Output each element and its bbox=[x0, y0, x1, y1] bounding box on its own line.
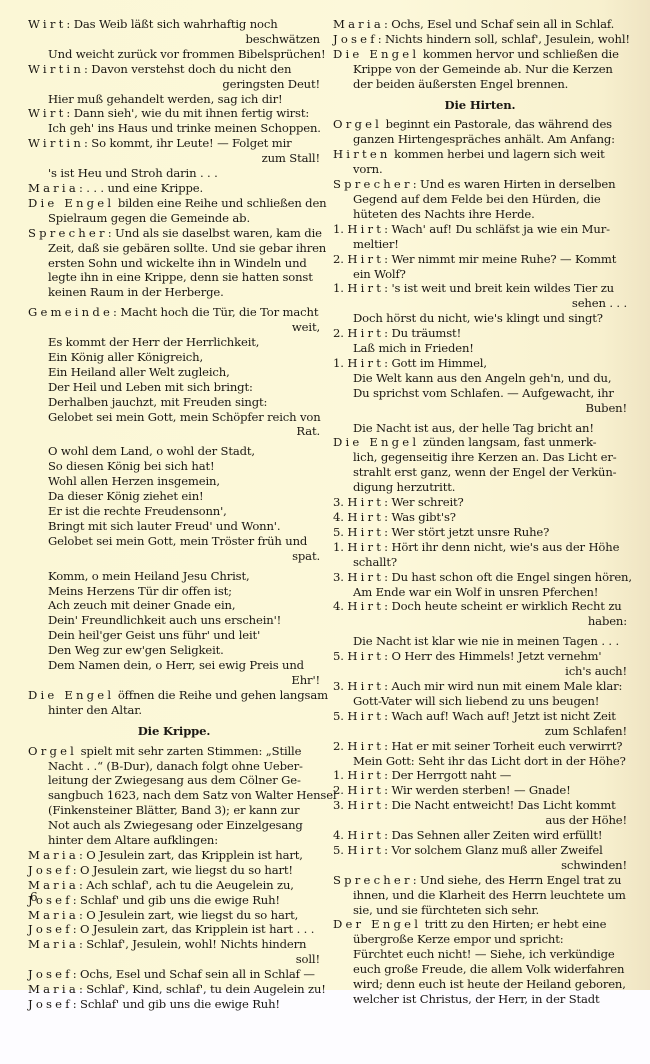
stage-direction: Hirten kommen herbei und lagern sich wei… bbox=[333, 147, 627, 162]
dialogue-line: 3. Hirt: Du hast schon oft die Engel sin… bbox=[333, 570, 627, 585]
line-text: Ach schlaf', ach tu die Aeugelein zu, bbox=[86, 878, 294, 892]
line-text: tritt zu den Hirten; er hebt eine bbox=[425, 917, 607, 931]
speaker-name: Maria bbox=[28, 181, 79, 195]
indented-line: hinter den Altar. bbox=[28, 703, 320, 718]
speaker-name: Hirt bbox=[347, 679, 384, 693]
dialogue-line: 1. Hirt: Wach' auf! Du schläfst ja wie e… bbox=[333, 222, 627, 237]
line-continuation: zum Schlafen! bbox=[333, 724, 627, 739]
indented-line: ersten Sohn und wickelte ihn in Windeln … bbox=[28, 256, 320, 271]
hymn-verse-line: Ein Heiland aller Welt zugleich, bbox=[28, 365, 320, 380]
indented-line: Gegend auf dem Felde bei den Hürden, die bbox=[333, 192, 627, 207]
indented-line: digung herzutritt. bbox=[333, 480, 627, 495]
speaker-name: Hirt bbox=[347, 252, 384, 266]
stage-direction: Die Engel bilden eine Reihe und schließe… bbox=[28, 196, 320, 211]
hymn-verse-line: Dein' Freundlichkeit auch uns erschein'! bbox=[28, 613, 320, 628]
speaker-number: 5. bbox=[333, 525, 344, 539]
stage-direction: Orgel spielt mit sehr zarten Stimmen: „S… bbox=[28, 744, 320, 759]
stage-direction: Orgel beginnt ein Pastorale, das während… bbox=[333, 117, 627, 132]
dialogue-line: Josef: Schlaf' und gib uns die ewige Ruh… bbox=[28, 893, 320, 908]
dialogue-line: 1. Hirt: 's ist weit und breit kein wild… bbox=[333, 281, 627, 296]
line-text: kommen herbei und lagern sich weit bbox=[394, 147, 605, 161]
indented-line: strahlt erst ganz, wenn der Engel der Ve… bbox=[333, 465, 627, 480]
line-text: Hat er mit seiner Torheit euch verwirrt? bbox=[391, 739, 622, 753]
speaker-name: Hirt bbox=[347, 709, 384, 723]
dialogue-line: 2. Hirt: Wer nimmt mir meine Ruhe? — Kom… bbox=[333, 252, 627, 267]
speaker-name: Maria bbox=[333, 17, 384, 31]
indented-line: Du sprichst vom Schlafen. — Aufgewacht, … bbox=[333, 386, 627, 401]
dialogue-line: Maria: Ach schlaf', ach tu die Aeugelein… bbox=[28, 878, 320, 893]
indented-line: Gott-Vater will sich liebend zu uns beug… bbox=[333, 694, 627, 709]
line-text: Schlaf', Jesulein, wohl! Nichts hindern bbox=[86, 937, 306, 951]
line-text: Davon verstehst doch du nicht den bbox=[91, 62, 291, 76]
line-continuation: beschwätzen bbox=[28, 32, 320, 47]
line-continuation: Ehr'! bbox=[28, 673, 320, 688]
line-text: Wach' auf! Du schläfst ja wie ein Mur- bbox=[391, 222, 609, 236]
line-text: Schlaf' und gib uns die ewige Ruh! bbox=[80, 893, 280, 907]
dialogue-line: 1. Hirt: Gott im Himmel, bbox=[333, 356, 627, 371]
line-text: O Jesulein zart, das Kripplein ist hart, bbox=[86, 848, 303, 862]
book-page: Wirt: Das Weib läßt sich wahrhaftig noch… bbox=[0, 0, 650, 990]
dialogue-line: Wirt: Das Weib läßt sich wahrhaftig noch bbox=[28, 17, 320, 32]
dialogue-line: 2. Hirt: Hat er mit seiner Torheit euch … bbox=[333, 739, 627, 754]
speaker-number: 4. bbox=[333, 510, 344, 524]
line-text: Und als sie daselbst waren, kam die bbox=[115, 226, 322, 240]
dialogue-line: Maria: Ochs, Esel und Schaf sein all in … bbox=[333, 17, 627, 32]
speaker-number: 1. bbox=[333, 356, 344, 370]
dialogue-line: 2. Hirt: Wir werden sterben! — Gnade! bbox=[333, 783, 627, 798]
speaker-number: 5. bbox=[333, 649, 344, 663]
indented-line: 's ist Heu und Stroh darin . . . bbox=[28, 166, 320, 181]
indented-line: sie, und sie fürchteten sich sehr. bbox=[333, 903, 627, 918]
speaker-name: Josef bbox=[28, 922, 73, 936]
speaker-name: Hirt bbox=[347, 843, 384, 857]
stage-direction: Die Engel kommen hervor und schließen di… bbox=[333, 47, 627, 62]
speaker-name: Josef bbox=[28, 967, 73, 981]
hymn-verse-line: Komm, o mein Heiland Jesu Christ, bbox=[28, 569, 320, 584]
line-text: Wach auf! Wach auf! Jetzt ist nicht Zeit bbox=[391, 709, 615, 723]
speaker-number: 1. bbox=[333, 540, 344, 554]
line-text: kommen hervor und schließen die bbox=[423, 47, 619, 61]
hymn-verse-line: Dem Namen dein, o Herr, sei ewig Preis u… bbox=[28, 658, 320, 673]
speaker-name: Wirtin bbox=[28, 136, 84, 150]
hymn-verse-line: Wohl allen Herzen insgemein, bbox=[28, 474, 320, 489]
speaker-name: Sprecher bbox=[333, 873, 413, 887]
line-text: spielt mit sehr zarten Stimmen: „Stille bbox=[81, 744, 302, 758]
speaker-name: Maria bbox=[28, 848, 79, 862]
dialogue-line: Gemeinde: Macht hoch die Tür, die Tor ma… bbox=[28, 305, 320, 320]
dialogue-line: Josef: Nichts hindern soll, schlaf', Jes… bbox=[333, 32, 627, 47]
speaker-number: 3. bbox=[333, 679, 344, 693]
indented-line: sangbuch 1623, nach dem Satz von Walter … bbox=[28, 788, 320, 803]
indented-line: ihnen, und die Klarheit des Herrn leucht… bbox=[333, 888, 627, 903]
speaker-name: Hirt bbox=[347, 495, 384, 509]
dialogue-line: Sprecher: Und als sie daselbst waren, ka… bbox=[28, 226, 320, 241]
speaker-name: Die Engel bbox=[333, 47, 419, 61]
speaker-number: 3. bbox=[333, 798, 344, 812]
line-text: öffnen die Reihe und gehen langsam bbox=[118, 688, 328, 702]
indented-line: Laß mich in Frieden! bbox=[333, 341, 627, 356]
indented-line: meltier! bbox=[333, 237, 627, 252]
line-text: 's ist weit und breit kein wildes Tier z… bbox=[391, 281, 614, 295]
line-text: Nichts hindern soll, schlaf', Jesulein, … bbox=[385, 32, 630, 46]
speaker-name: Hirt bbox=[347, 783, 384, 797]
dialogue-line: 3. Hirt: Wer schreit? bbox=[333, 495, 627, 510]
speaker-name: Hirt bbox=[347, 828, 384, 842]
line-text: Ochs, Esel und Schaf sein all in Schlaf … bbox=[80, 967, 315, 981]
stage-direction: Der Engel tritt zu den Hirten; er hebt e… bbox=[333, 917, 627, 932]
speaker-number: 2. bbox=[333, 326, 344, 340]
indented-line: Spielraum gegen die Gemeinde ab. bbox=[28, 211, 320, 226]
line-continuation: Rat. bbox=[28, 424, 320, 439]
indented-line: Zeit, daß sie gebären sollte. Und sie ge… bbox=[28, 241, 320, 256]
indented-line: euch große Freude, die allem Volk widerf… bbox=[333, 962, 627, 977]
indented-line: der beiden äußersten Engel brennen. bbox=[333, 77, 627, 92]
dialogue-line: 5. Hirt: Wach auf! Wach auf! Jetzt ist n… bbox=[333, 709, 627, 724]
hymn-verse-line: Gelobet sei mein Gott, mein Tröster früh… bbox=[28, 534, 320, 549]
hymn-verse-line: So diesen König bei sich hat! bbox=[28, 459, 320, 474]
hymn-verse-line: Meins Herzens Tür dir offen ist; bbox=[28, 584, 320, 599]
speaker-name: Hirt bbox=[347, 798, 384, 812]
dialogue-line: Maria: . . . und eine Krippe. bbox=[28, 181, 320, 196]
indented-line: welcher ist Christus, der Herr, in der S… bbox=[333, 992, 627, 1007]
line-text: Der Herrgott naht — bbox=[391, 768, 511, 782]
line-text: Doch heute scheint er wirklich Recht zu bbox=[391, 599, 621, 613]
dialogue-line: Sprecher: Und es waren Hirten in derselb… bbox=[333, 177, 627, 192]
speaker-name: Hirt bbox=[347, 599, 384, 613]
indented-line: wird; denn euch ist heute der Heiland ge… bbox=[333, 977, 627, 992]
speaker-number: 1. bbox=[333, 281, 344, 295]
speaker-number: 2. bbox=[333, 783, 344, 797]
speaker-name: Hirt bbox=[347, 222, 384, 236]
indented-line: Hier muß gehandelt werden, sag ich dir! bbox=[28, 92, 320, 107]
dialogue-line: Maria: O Jesulein zart, wie liegst du so… bbox=[28, 908, 320, 923]
indented-line: (Finkensteiner Blätter, Band 3); er kann… bbox=[28, 803, 320, 818]
speaker-number: 5. bbox=[333, 709, 344, 723]
indented-line: hinter dem Altare aufklingen: bbox=[28, 833, 320, 848]
indented-line: Doch hörst du nicht, wie's klingt und si… bbox=[333, 311, 627, 326]
dialogue-line: Josef: Schlaf' und gib uns die ewige Ruh… bbox=[28, 997, 320, 1012]
line-continuation: soll! bbox=[28, 952, 320, 967]
line-text: Wer schreit? bbox=[391, 495, 463, 509]
speaker-name: Hirt bbox=[347, 649, 384, 663]
line-text: O Jesulein zart, das Kripplein ist hart … bbox=[80, 922, 314, 936]
line-text: Gott im Himmel, bbox=[391, 356, 486, 370]
indented-line: Ich geh' ins Haus und trinke meinen Scho… bbox=[28, 121, 320, 136]
dialogue-line: 5. Hirt: Wer stört jetzt unsre Ruhe? bbox=[333, 525, 627, 540]
line-text: O Jesulein zart, wie liegst du so hart, bbox=[86, 908, 298, 922]
line-continuation: spat. bbox=[28, 549, 320, 564]
speaker-name: Die Engel bbox=[28, 688, 114, 702]
speaker-name: Josef bbox=[28, 863, 73, 877]
line-text: Und es waren Hirten in derselben bbox=[420, 177, 615, 191]
speaker-number: 2. bbox=[333, 252, 344, 266]
speaker-name: Die Engel bbox=[28, 196, 114, 210]
line-text: zünden langsam, fast unmerk- bbox=[423, 435, 597, 449]
hymn-verse-line: Derhalben jauchzt, mit Freuden singt: bbox=[28, 395, 320, 410]
indented-line: Krippe von der Gemeinde ab. Nur die Kerz… bbox=[333, 62, 627, 77]
hymn-verse-line: Dein heil'ger Geist uns führ' und leit' bbox=[28, 628, 320, 643]
speaker-name: Orgel bbox=[333, 117, 382, 131]
speaker-name: Sprecher bbox=[28, 226, 108, 240]
line-text: Ochs, Esel und Schaf sein all in Schlaf. bbox=[391, 17, 614, 31]
speaker-number: 4. bbox=[333, 828, 344, 842]
indented-line: lich, gegenseitig ihre Kerzen an. Das Li… bbox=[333, 450, 627, 465]
speaker-name: Josef bbox=[28, 997, 73, 1011]
dialogue-line: Maria: O Jesulein zart, das Kripplein is… bbox=[28, 848, 320, 863]
right-column: Maria: Ochs, Esel und Schaf sein all in … bbox=[333, 17, 627, 1007]
indented-line: vorn. bbox=[333, 162, 627, 177]
speaker-number: 3. bbox=[333, 570, 344, 584]
line-text: Schlaf', Kind, schlaf', tu dein Augelein… bbox=[86, 982, 326, 996]
stage-direction: Die Engel zünden langsam, fast unmerk- bbox=[333, 435, 627, 450]
hymn-verse-line: Bringt mit sich lauter Freud' und Wonn'. bbox=[28, 519, 320, 534]
line-text: Wir werden sterben! — Gnade! bbox=[391, 783, 570, 797]
line-text: Wer nimmt mir meine Ruhe? — Kommt bbox=[391, 252, 616, 266]
line-text: O Herr des Himmels! Jetzt vernehm' bbox=[391, 649, 601, 663]
indented-line: Die Welt kann aus den Angeln geh'n, und … bbox=[333, 371, 627, 386]
speaker-name: Gemeinde bbox=[28, 305, 113, 319]
speaker-number: 4. bbox=[333, 599, 344, 613]
section-heading: Die Hirten. bbox=[333, 98, 627, 113]
line-text: Das Sehnen aller Zeiten wird erfüllt! bbox=[391, 828, 602, 842]
indented-line: leitung der Zwiegesang aus dem Cölner Ge… bbox=[28, 773, 320, 788]
hymn-verse-line: Ein König aller Königreich, bbox=[28, 350, 320, 365]
line-text: bilden eine Reihe und schließen den bbox=[118, 196, 327, 210]
line-continuation: haben: bbox=[333, 614, 627, 629]
speaker-number: 2. bbox=[333, 739, 344, 753]
line-text: So kommt, ihr Leute! — Folget mir bbox=[91, 136, 291, 150]
indented-line: Die Nacht ist aus, der helle Tag bricht … bbox=[333, 421, 627, 436]
dialogue-line: Wirtin: So kommt, ihr Leute! — Folget mi… bbox=[28, 136, 320, 151]
speaker-name: Hirt bbox=[347, 739, 384, 753]
speaker-name: Hirt bbox=[347, 768, 384, 782]
dialogue-line: 4. Hirt: Was gibt's? bbox=[333, 510, 627, 525]
speaker-name: Hirten bbox=[333, 147, 391, 161]
speaker-name: Wirtin bbox=[28, 62, 84, 76]
indented-line: Und weicht zurück vor frommen Bibelsprüc… bbox=[28, 47, 320, 62]
indented-line: ein Wolf? bbox=[333, 267, 627, 282]
line-continuation: weit, bbox=[28, 320, 320, 335]
section-heading: Die Krippe. bbox=[28, 724, 320, 739]
line-continuation: ich's auch! bbox=[333, 664, 627, 679]
indented-line: übergroße Kerze empor und spricht: bbox=[333, 932, 627, 947]
speaker-name: Hirt bbox=[347, 326, 384, 340]
speaker-name: Hirt bbox=[347, 281, 384, 295]
hymn-verse-line: Der Heil und Leben mit sich bringt: bbox=[28, 380, 320, 395]
dialogue-line: 1. Hirt: Hört ihr denn nicht, wie's aus … bbox=[333, 540, 627, 555]
speaker-name: Wirt bbox=[28, 106, 66, 120]
line-text: Dann sieh', wie du mit ihnen fertig wirs… bbox=[74, 106, 309, 120]
indented-line: Die Nacht ist klar wie nie in meinen Tag… bbox=[333, 634, 627, 649]
indented-line: Mein Gott: Seht ihr das Licht dort in de… bbox=[333, 754, 627, 769]
speaker-name: Die Engel bbox=[333, 435, 419, 449]
indented-line: schallt? bbox=[333, 555, 627, 570]
line-text: O Jesulein zart, wie liegst du so hart! bbox=[80, 863, 293, 877]
dialogue-line: Wirtin: Davon verstehst doch du nicht de… bbox=[28, 62, 320, 77]
speaker-name: Josef bbox=[333, 32, 378, 46]
speaker-name: Hirt bbox=[347, 510, 384, 524]
line-continuation: sehen . . . bbox=[333, 296, 627, 311]
dialogue-line: 4. Hirt: Doch heute scheint er wirklich … bbox=[333, 599, 627, 614]
speaker-name: Hirt bbox=[347, 525, 384, 539]
dialogue-line: 3. Hirt: Auch mir wird nun mit einem Mal… bbox=[333, 679, 627, 694]
dialogue-line: 3. Hirt: Die Nacht entweicht! Das Licht … bbox=[333, 798, 627, 813]
speaker-name: Wirt bbox=[28, 17, 66, 31]
dialogue-line: Maria: Schlaf', Jesulein, wohl! Nichts h… bbox=[28, 937, 320, 952]
indented-line: Am Ende war ein Wolf in unsren Pferchen! bbox=[333, 585, 627, 600]
speaker-name: Hirt bbox=[347, 540, 384, 554]
dialogue-line: 1. Hirt: Der Herrgott naht — bbox=[333, 768, 627, 783]
hymn-verse-line: Gelobet sei mein Gott, mein Schöpfer rei… bbox=[28, 410, 320, 425]
dialogue-line: 5. Hirt: O Herr des Himmels! Jetzt verne… bbox=[333, 649, 627, 664]
line-text: Die Nacht entweicht! Das Licht kommt bbox=[391, 798, 615, 812]
speaker-name: Hirt bbox=[347, 356, 384, 370]
dialogue-line: 5. Hirt: Vor solchem Glanz muß aller Zwe… bbox=[333, 843, 627, 858]
stage-direction: Die Engel öffnen die Reihe und gehen lan… bbox=[28, 688, 320, 703]
speaker-number: 5. bbox=[333, 843, 344, 857]
hymn-verse-line: O wohl dem Land, o wohl der Stadt, bbox=[28, 444, 320, 459]
hymn-verse-line: Den Weg zur ew'gen Seligkeit. bbox=[28, 643, 320, 658]
dialogue-line: Sprecher: Und siehe, des Herrn Engel tra… bbox=[333, 873, 627, 888]
speaker-name: Maria bbox=[28, 937, 79, 951]
speaker-name: Sprecher bbox=[333, 177, 413, 191]
dialogue-line: Maria: Schlaf', Kind, schlaf', tu dein A… bbox=[28, 982, 320, 997]
line-text: beginnt ein Pastorale, das während des bbox=[386, 117, 612, 131]
hymn-verse-line: Es kommt der Herr der Herrlichkeit, bbox=[28, 335, 320, 350]
indented-line: hüteten des Nachts ihre Herde. bbox=[333, 207, 627, 222]
speaker-name: Der Engel bbox=[333, 917, 421, 931]
line-continuation: geringsten Deut! bbox=[28, 77, 320, 92]
dialogue-line: 4. Hirt: Das Sehnen aller Zeiten wird er… bbox=[333, 828, 627, 843]
dialogue-line: Josef: Ochs, Esel und Schaf sein all in … bbox=[28, 967, 320, 982]
line-text: Und siehe, des Herrn Engel trat zu bbox=[420, 873, 621, 887]
indented-line: legte ihn in eine Krippe, denn sie hatte… bbox=[28, 270, 320, 285]
left-column: Wirt: Das Weib läßt sich wahrhaftig noch… bbox=[28, 17, 320, 1012]
page-number: 6 bbox=[30, 890, 38, 904]
indented-line: Not auch als Zwiegesang oder Einzelgesan… bbox=[28, 818, 320, 833]
line-continuation: Buben! bbox=[333, 401, 627, 416]
speaker-name: Hirt bbox=[347, 570, 384, 584]
line-text: Wer stört jetzt unsre Ruhe? bbox=[391, 525, 549, 539]
line-continuation: aus der Höhe! bbox=[333, 813, 627, 828]
line-text: . . . und eine Krippe. bbox=[86, 181, 203, 195]
speaker-number: 1. bbox=[333, 768, 344, 782]
line-text: Macht hoch die Tür, die Tor macht bbox=[120, 305, 318, 319]
speaker-number: 1. bbox=[333, 222, 344, 236]
line-text: Das Weib läßt sich wahrhaftig noch bbox=[74, 17, 278, 31]
dialogue-line: Josef: O Jesulein zart, das Kripplein is… bbox=[28, 922, 320, 937]
indented-line: keinen Raum in der Herberge. bbox=[28, 285, 320, 300]
speaker-name: Maria bbox=[28, 908, 79, 922]
line-continuation: schwinden! bbox=[333, 858, 627, 873]
line-text: Vor solchem Glanz muß aller Zweifel bbox=[391, 843, 602, 857]
speaker-name: Orgel bbox=[28, 744, 77, 758]
line-text: Du hast schon oft die Engel singen hören… bbox=[391, 570, 631, 584]
line-continuation: zum Stall! bbox=[28, 151, 320, 166]
line-text: Schlaf' und gib uns die ewige Ruh! bbox=[80, 997, 280, 1011]
line-text: Du träumst! bbox=[391, 326, 461, 340]
speaker-name: Maria bbox=[28, 982, 79, 996]
line-text: Hört ihr denn nicht, wie's aus der Höhe bbox=[391, 540, 619, 554]
speaker-number: 3. bbox=[333, 495, 344, 509]
line-text: Was gibt's? bbox=[391, 510, 455, 524]
indented-line: ganzen Hirtengespräches anhält. Am Anfan… bbox=[333, 132, 627, 147]
indented-line: Fürchtet euch nicht! — Siehe, ich verkün… bbox=[333, 947, 627, 962]
dialogue-line: Josef: O Jesulein zart, wie liegst du so… bbox=[28, 863, 320, 878]
line-text: Auch mir wird nun mit einem Male klar: bbox=[391, 679, 622, 693]
dialogue-line: 2. Hirt: Du träumst! bbox=[333, 326, 627, 341]
hymn-verse-line: Er ist die rechte Freudensonn', bbox=[28, 504, 320, 519]
dialogue-line: Wirt: Dann sieh', wie du mit ihnen ferti… bbox=[28, 106, 320, 121]
hymn-verse-line: Ach zeuch mit deiner Gnade ein, bbox=[28, 598, 320, 613]
hymn-verse-line: Da dieser König ziehet ein! bbox=[28, 489, 320, 504]
indented-line: Nacht . .“ (B-Dur), danach folgt ohne Ue… bbox=[28, 759, 320, 774]
